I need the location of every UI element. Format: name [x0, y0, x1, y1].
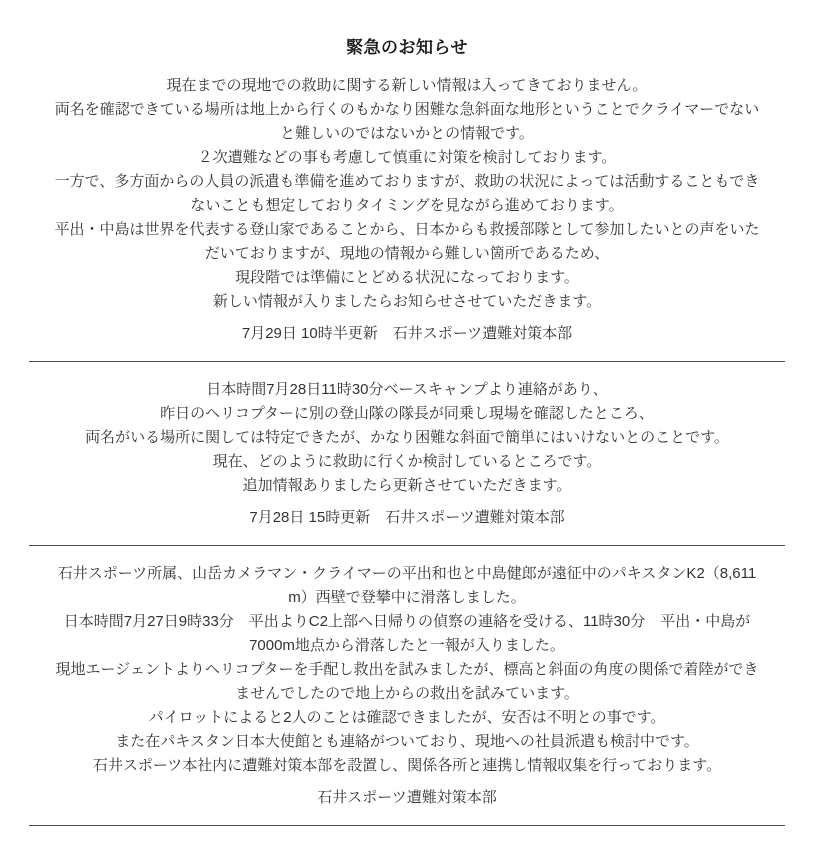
notice-line: 現段階では準備にとどめる状況になっております。 — [30, 266, 784, 290]
notice-section-july29: 現在までの現地での救助に関する新しい情報は入ってきておりません。 両名を確認でき… — [30, 74, 784, 346]
notice-section-july28: 日本時間7月28日11時30分ベースキャンプより連絡があり、 昨日のヘリコプター… — [30, 378, 784, 530]
notice-line: 平出・中島は世界を代表する登山家であることから、日本からも救援部隊として参加した… — [30, 218, 784, 242]
notice-line: ないことも想定しておりタイミングを見ながら進めております。 — [30, 194, 784, 218]
notice-line: 石井スポーツ所属、山岳カメラマン・クライマーの平出和也と中島健郎が遠征中のパキス… — [30, 562, 784, 586]
notice-line: 昨日のヘリコプターに別の登山隊の隊長が同乗し現場を確認したところ、 — [30, 402, 784, 426]
notice-line: だいておりますが、現地の情報から難しい箇所であるため、 — [30, 242, 784, 266]
notice-line: 現在、どのように救助に行くか検討しているところです。 — [30, 450, 784, 474]
notice-section-initial-report: 石井スポーツ所属、山岳カメラマン・クライマーの平出和也と中島健郎が遠征中のパキス… — [30, 562, 784, 810]
notice-line: ２次遭難などの事も考慮して慎重に対策を検討しております。 — [30, 146, 784, 170]
notice-line: 石井スポーツ本社内に遭難対策本部を設置し、関係各所と連携し情報収集を行っておりま… — [30, 754, 784, 778]
update-timestamp: 7月29日 10時半更新 石井スポーツ遭難対策本部 — [30, 322, 784, 346]
notice-line: 新しい情報が入りましたらお知らせさせていただきます。 — [30, 290, 784, 314]
notice-line: ませんでしたので地上からの救出を試みています。 — [30, 682, 784, 706]
emergency-notice-page: 緊急のお知らせ 現在までの現地での救助に関する新しい情報は入ってきておりません。… — [0, 0, 814, 852]
notice-line: 追加情報ありましたら更新させていただきます。 — [30, 474, 784, 498]
page-title: 緊急のお知らせ — [0, 33, 814, 58]
notice-line: 一方で、多方面からの人員の派遣も準備を進めておりますが、救助の状況によっては活動… — [30, 170, 784, 194]
notice-line: 現地エージェントよりヘリコプターを手配し救出を試みましたが、標高と斜面の角度の関… — [30, 658, 784, 682]
notice-line: パイロットによると2人のことは確認できましたが、安否は不明との事です。 — [30, 706, 784, 730]
notice-line: m）西壁で登攀中に滑落しました。 — [30, 586, 784, 610]
notice-line: 両名を確認できている場所は地上から行くのもかなり困難な急斜面な地形ということでク… — [30, 98, 784, 122]
section-divider — [29, 361, 785, 362]
notice-line: 現在までの現地での救助に関する新しい情報は入ってきておりません。 — [30, 74, 784, 98]
notice-line: 日本時間7月28日11時30分ベースキャンプより連絡があり、 — [30, 378, 784, 402]
notice-line: 7000m地点から滑落したと一報が入りました。 — [30, 634, 784, 658]
signature: 石井スポーツ遭難対策本部 — [30, 786, 784, 810]
notice-line: 両名がいる場所に関しては特定できたが、かなり困難な斜面で簡単にはいけないとのこと… — [30, 426, 784, 450]
notice-line: 日本時間7月27日9時33分 平出よりC2上部へ日帰りの偵察の連絡を受ける、11… — [30, 610, 784, 634]
notice-line: と難しいのではないかとの情報です。 — [30, 122, 784, 146]
section-divider — [29, 825, 785, 826]
notice-line: また在パキスタン日本大使館とも連絡がついており、現地への社員派遣も検討中です。 — [30, 730, 784, 754]
section-divider — [29, 545, 785, 546]
update-timestamp: 7月28日 15時更新 石井スポーツ遭難対策本部 — [30, 506, 784, 530]
